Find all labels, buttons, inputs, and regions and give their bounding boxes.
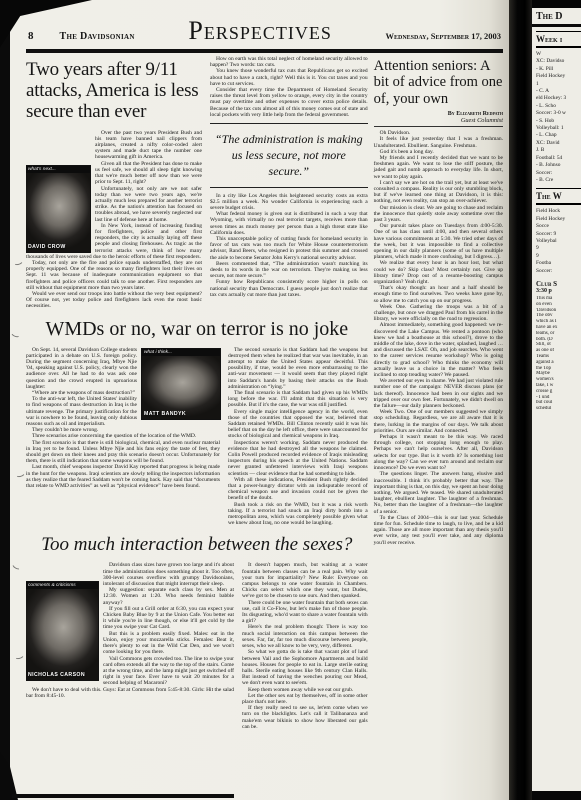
body-paragraph: My friends and I recently decided that w… bbox=[374, 155, 503, 180]
body-paragraph: That's okay though: an hour and a half s… bbox=[374, 285, 503, 304]
column-tag-label: comments & criticisms bbox=[26, 582, 98, 589]
score-line-fragment: Field Hockey bbox=[536, 73, 581, 80]
adjacent-column-text: This maon even'DavidsonThe obvwhich as I… bbox=[536, 296, 581, 412]
body-paragraph: Consider that every time the Department … bbox=[210, 87, 368, 118]
columnist-name-caption: NICHOLAS CARSON bbox=[28, 672, 96, 678]
schedule-line-fragment: 9 bbox=[536, 253, 581, 260]
article-911-body-col2-bottom: In a city like Los Angeles this heighten… bbox=[210, 193, 368, 298]
body-paragraph: We don't have to deal with this. Guys: E… bbox=[26, 687, 234, 699]
article-911-headline: Two years after 9/11 attacks, America is… bbox=[26, 60, 202, 123]
body-paragraph: Would we ever send our troops into battl… bbox=[26, 291, 202, 310]
column-tag-label: what i think... bbox=[142, 349, 220, 356]
article-sexes-headline: Too much interaction between the sexes? bbox=[26, 534, 368, 556]
body-paragraph: If they really need to see us, let'em co… bbox=[242, 705, 368, 730]
club-sports-heading-fragment: Club S bbox=[536, 280, 581, 288]
body-paragraph: Week Two. One of our members suggested w… bbox=[374, 409, 503, 434]
schedule-line-fragment: Field Hock bbox=[536, 208, 581, 215]
schedule-line-fragment: Volleybal bbox=[536, 238, 581, 245]
columnist-name-caption: DAVID CROW bbox=[28, 244, 88, 250]
week-ahead-list: Field HockField HockeySocceSoccer: 9Voll… bbox=[536, 208, 581, 275]
body-paragraph: The second scenario is that Saddam had t… bbox=[228, 347, 368, 390]
score-line-fragment: Soccer: bbox=[536, 170, 581, 177]
body-paragraph: With all these indications, President Bu… bbox=[228, 477, 368, 502]
publication-name: The Davidsonian bbox=[60, 31, 135, 42]
score-line-fragment: Volleyball: 1 bbox=[536, 125, 581, 132]
article-seniors-headline: Attention seniors: A bit of advice from … bbox=[374, 58, 503, 107]
body-paragraph: Every single major intelligence agency i… bbox=[228, 409, 368, 440]
article-wmd-column-1: what i think... MATT BANDYK On Sept. 14,… bbox=[26, 347, 220, 527]
body-paragraph: Over the past two years President Bush a… bbox=[26, 130, 202, 161]
article-911-column-2: How on earth was this total neglect of h… bbox=[210, 56, 368, 310]
perspectives-page: 8 The Davidsonian Perspectives Wednesday… bbox=[10, 0, 509, 800]
columnist-portrait bbox=[142, 356, 220, 419]
body-paragraph: This unacceptable policy of cutting fund… bbox=[210, 236, 368, 261]
body-paragraph: Keep them women away while we eat our gr… bbox=[242, 687, 368, 693]
columnist-portrait bbox=[26, 589, 98, 680]
body-paragraph: The final scenario is that Saddam had gi… bbox=[228, 390, 368, 409]
article-911-body-col2-top: How on earth was this total neglect of h… bbox=[210, 56, 368, 118]
score-line-fragment: - B. Johnso bbox=[536, 162, 581, 169]
article-sexes-columns: comments & criticisms NICHOLAS CARSON Da… bbox=[26, 562, 368, 729]
body-paragraph: The first scenario is that there is stil… bbox=[26, 440, 220, 465]
columnist-portrait bbox=[26, 173, 90, 252]
columnist-name-caption: MATT BANDYK bbox=[144, 411, 218, 417]
scan-artifact bbox=[532, 0, 581, 8]
body-paragraph: So what we gotta do is take that vacant … bbox=[242, 649, 368, 686]
score-line-fragment: - L. Chap bbox=[536, 132, 581, 139]
body-paragraph: Our mission is clear. We are going to ch… bbox=[374, 205, 503, 224]
scan-artifact-bottom-line bbox=[12, 794, 234, 798]
body-paragraph: What federal money is given out is distr… bbox=[210, 211, 368, 236]
columnist-photo-nicholas-carson: comments & criticisms NICHOLAS CARSON bbox=[26, 582, 98, 680]
body-paragraph: Inspections weren't working. Saddam neve… bbox=[228, 440, 368, 477]
left-articles-zone: Two years after 9/11 attacks, America is… bbox=[26, 56, 368, 797]
body-paragraph: Beers commented that, “The administratio… bbox=[210, 261, 368, 280]
body-paragraph: Funny how Republicans consistently score… bbox=[210, 279, 368, 298]
score-line-fragment: Soccer: 3-0 w bbox=[536, 110, 581, 117]
time-fragment: 3:30 p bbox=[536, 288, 581, 294]
body-paragraph: Almost immediately, something good happe… bbox=[374, 322, 503, 378]
pull-quote: “The administration is making us less se… bbox=[210, 123, 368, 188]
body-paragraph: Today, not only are the fire and police … bbox=[26, 260, 202, 291]
schedule-line-fragment: Soccer: bbox=[536, 268, 581, 275]
issue-date: Wednesday, September 17, 2003 bbox=[386, 31, 501, 41]
score-line-fragment: eld Hockey: 3 bbox=[536, 95, 581, 102]
schedule-line-fragment: Soccer: 9 bbox=[536, 231, 581, 238]
byline: By Elizabeth Redpath Guest Columnist bbox=[374, 111, 503, 127]
score-line-fragment: 1 bbox=[536, 81, 581, 88]
section-masthead: Perspectives bbox=[135, 16, 386, 46]
adjacent-page-sliver: The D Week i WXC: Davidso- K. PillField … bbox=[532, 0, 581, 800]
article-seniors: Attention seniors: A bit of advice from … bbox=[374, 58, 503, 546]
body-paragraph: The questions linger. The answers hang, … bbox=[374, 471, 503, 514]
body-paragraph: We realize that every hour is an hour lo… bbox=[374, 260, 503, 285]
score-line-fragment: - L. Scho bbox=[536, 103, 581, 110]
article-911-column-1: Two years after 9/11 attacks, America is… bbox=[26, 56, 202, 310]
body-paragraph: I can't say we are hot on the trail yet,… bbox=[374, 180, 503, 205]
article-sexes: Too much interaction between the sexes? … bbox=[26, 534, 368, 729]
divider-rule bbox=[532, 24, 581, 27]
score-line-fragment: - C. A bbox=[536, 88, 581, 95]
body-paragraph: To the Class of 2004—this is our last ye… bbox=[374, 515, 503, 546]
score-line-fragment: XC: Davidso bbox=[536, 58, 581, 65]
columnist-photo-matt-bandyk: what i think... MATT BANDYK bbox=[142, 349, 220, 419]
page-content: Two years after 9/11 attacks, America is… bbox=[26, 53, 503, 797]
section-title: Perspectives bbox=[188, 16, 331, 45]
column-tag-label: what's next... bbox=[26, 166, 90, 173]
body-paragraph: Three scenarios arise concerning the que… bbox=[26, 433, 220, 439]
sports-scores-list: WXC: Davidso- K. PillField Hockey1- C. A… bbox=[536, 51, 581, 184]
article-sexes-column-2: It doesn't happen much, but waiting at a… bbox=[242, 562, 368, 729]
byline-role: Guest Columnist bbox=[374, 117, 503, 124]
right-article-zone: Attention seniors: A bit of advice from … bbox=[374, 56, 503, 797]
article-seniors-body: Oh Davidson.It feels like just yesterday… bbox=[374, 130, 503, 546]
adjacent-page-title-fragment: The D bbox=[536, 11, 581, 22]
body-paragraph: Here's the real problem though: There is… bbox=[242, 624, 368, 649]
score-line-fragment: XC: David bbox=[536, 140, 581, 147]
body-paragraph: Let the other sex eat by themselves, off… bbox=[242, 693, 368, 705]
body-paragraph: How on earth was this total neglect of h… bbox=[210, 56, 368, 68]
body-paragraph: We averted our eyes in shame. We had jus… bbox=[374, 378, 503, 409]
article-wmd: WMDs or no, war on terror is no joke wha… bbox=[26, 318, 368, 527]
schedule-line-fragment: Field Hockey bbox=[536, 216, 581, 223]
article-wmd-body-col2: The second scenario is that Saddam had t… bbox=[228, 347, 368, 527]
article-wmd-columns: what i think... MATT BANDYK On Sept. 14,… bbox=[26, 347, 368, 527]
body-paragraph: There could be one water fountain that b… bbox=[242, 600, 368, 625]
article-911-columns: Two years after 9/11 attacks, America is… bbox=[26, 56, 368, 310]
body-paragraph: Perhaps it wasn't meant to be this way. … bbox=[374, 434, 503, 471]
article-wmd-headline: WMDs or no, war on terror is no joke bbox=[26, 318, 368, 341]
scanned-newspaper-page: 8 The Davidsonian Perspectives Wednesday… bbox=[0, 0, 581, 800]
body-paragraph: It doesn't happen much, but waiting at a… bbox=[242, 562, 368, 599]
score-line-fragment: W bbox=[536, 51, 581, 58]
article-911-security: Two years after 9/11 attacks, America is… bbox=[26, 56, 368, 310]
score-line-fragment: - K. Pill bbox=[536, 66, 581, 73]
article-sexes-column-1: comments & criticisms NICHOLAS CARSON Da… bbox=[26, 562, 234, 729]
score-line-fragment: - S. Hob bbox=[536, 118, 581, 125]
body-paragraph: It feels like just yesterday that I was … bbox=[374, 136, 503, 148]
scan-artifact bbox=[532, 791, 581, 800]
page-header: 8 The Davidsonian Perspectives Wednesday… bbox=[26, 0, 503, 53]
column-line-fragment: schedul bbox=[536, 406, 581, 412]
score-line-fragment: - B. Cre bbox=[536, 177, 581, 184]
schedule-line-fragment: 9 bbox=[536, 245, 581, 252]
body-paragraph: Week One. Gathering the troops was a bit… bbox=[374, 304, 503, 323]
body-paragraph: Bush took a risk on the WMD, but it was … bbox=[228, 502, 368, 527]
page-number: 8 bbox=[28, 30, 34, 42]
week-in-sports-box-title: Week i bbox=[536, 31, 581, 48]
article-wmd-column-2: The second scenario is that Saddam had t… bbox=[228, 347, 368, 527]
body-paragraph: You knew those wonderful tax cuts that R… bbox=[210, 68, 368, 87]
body-paragraph: Our pursuit takes place on Tuesdays from… bbox=[374, 223, 503, 260]
columnist-photo-david-crow: what's next... DAVID CROW bbox=[26, 166, 90, 252]
schedule-line-fragment: Footba bbox=[536, 260, 581, 267]
article-sexes-body-col2: It doesn't happen much, but waiting at a… bbox=[242, 562, 368, 729]
scan-gutter-shadow bbox=[509, 0, 532, 800]
body-paragraph: In a city like Los Angeles this heighten… bbox=[210, 193, 368, 212]
week-ahead-box-title: The W bbox=[536, 188, 581, 205]
score-line-fragment: Football: 54 bbox=[536, 155, 581, 162]
body-paragraph: Last month, chief weapons inspector Davi… bbox=[26, 464, 220, 489]
schedule-line-fragment: Socce bbox=[536, 223, 581, 230]
score-line-fragment: J. B bbox=[536, 147, 581, 154]
